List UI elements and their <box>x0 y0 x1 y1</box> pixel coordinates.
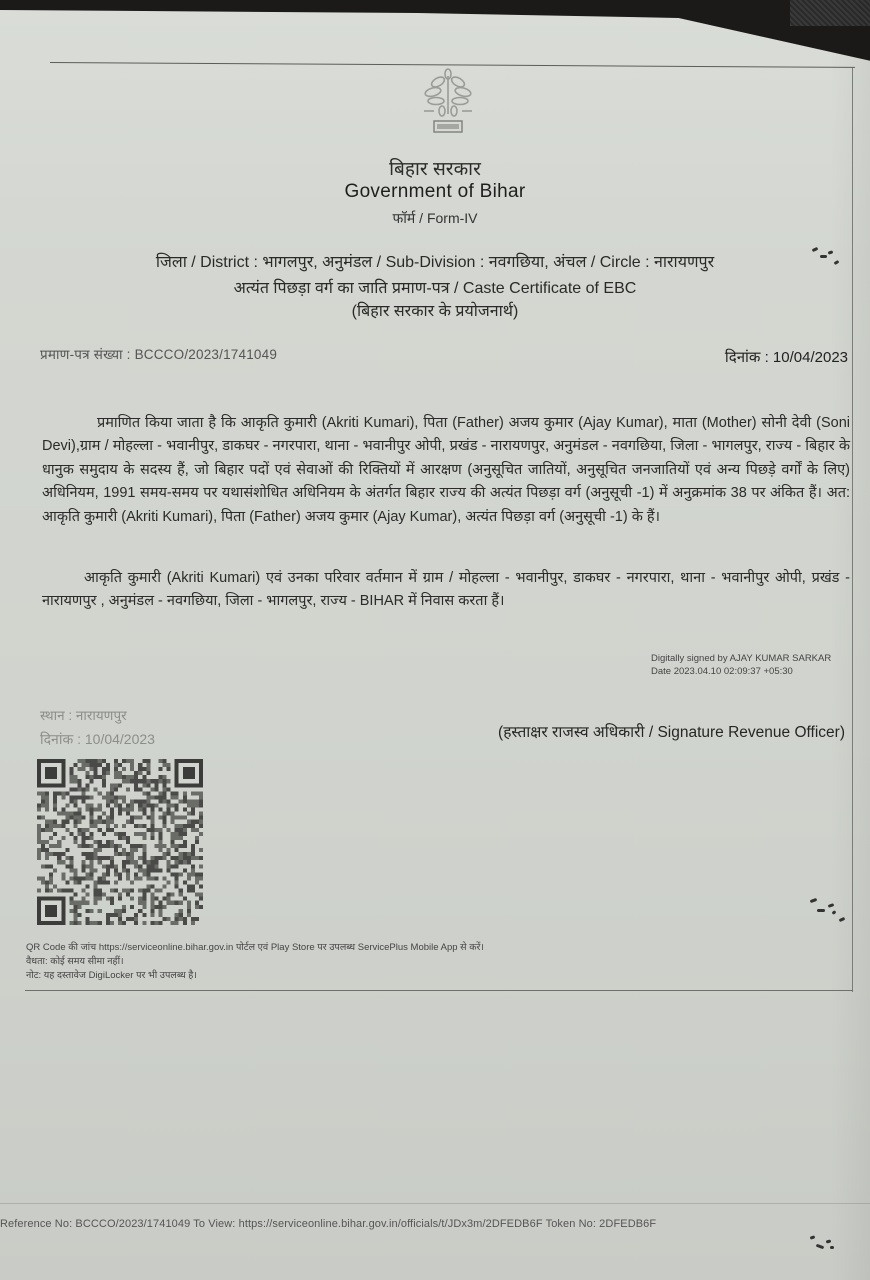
digital-signature: Digitally signed by AJAY KUMAR SARKAR Da… <box>651 652 831 678</box>
certificate-number: प्रमाण-पत्र संख्या : BCCCO/2023/1741049 <box>40 345 277 363</box>
form-number: फॉर्म / Form-IV <box>0 209 870 228</box>
footer-reference: Reference No: BCCCO/2023/1741049 To View… <box>0 1218 656 1230</box>
certificate-date: दिनांक : 10/04/2023 <box>725 347 848 367</box>
government-hindi: बिहार सरकार <box>0 155 870 181</box>
digital-signature-date: Date 2023.04.10 02:09:37 +05:30 <box>651 665 831 678</box>
border-right <box>852 68 853 992</box>
digital-signature-signer: Digitally signed by AJAY KUMAR SARKAR <box>651 652 831 665</box>
punch-mark-icon <box>810 245 850 269</box>
note-qr-verification: QR Code की जांच https://serviceonline.bi… <box>26 940 484 953</box>
issue-place: स्थान : नारायणपुर <box>40 706 127 724</box>
paper-fold <box>0 1203 870 1204</box>
border-bottom <box>25 990 853 991</box>
district-line: जिला / District : भागलपुर, अनुमंडल / Sub… <box>0 250 870 272</box>
certificate-title: अत्यंत पिछड़ा वर्ग का जाति प्रमाण-पत्र /… <box>0 276 870 298</box>
note-validity: वैधता: कोई समय सीमा नहीं। <box>26 954 124 967</box>
certificate-body-paragraph-2: आकृति कुमारी (Akriti Kumari) एवं उनका पर… <box>42 567 850 614</box>
note-digilocker: नोट: यह दस्तावेज DigiLocker पर भी उपलब्ध… <box>26 968 197 981</box>
issue-date: दिनांक : 10/04/2023 <box>40 730 155 749</box>
government-english: Government of Bihar <box>0 181 870 203</box>
certificate-body-paragraph-1: प्रमाणित किया जाता है कि आकृति कुमारी (A… <box>42 412 850 529</box>
punch-mark-icon <box>808 897 853 923</box>
punch-mark-icon <box>808 1235 838 1255</box>
certificate-purpose: (बिहार सरकार के प्रयोजनार्थ) <box>0 299 870 321</box>
bihar-emblem-icon <box>416 66 480 134</box>
signature-label: (हस्ताक्षर राजस्व अधिकारी / Signature Re… <box>498 720 845 742</box>
qr-code-icon[interactable] <box>37 758 203 926</box>
